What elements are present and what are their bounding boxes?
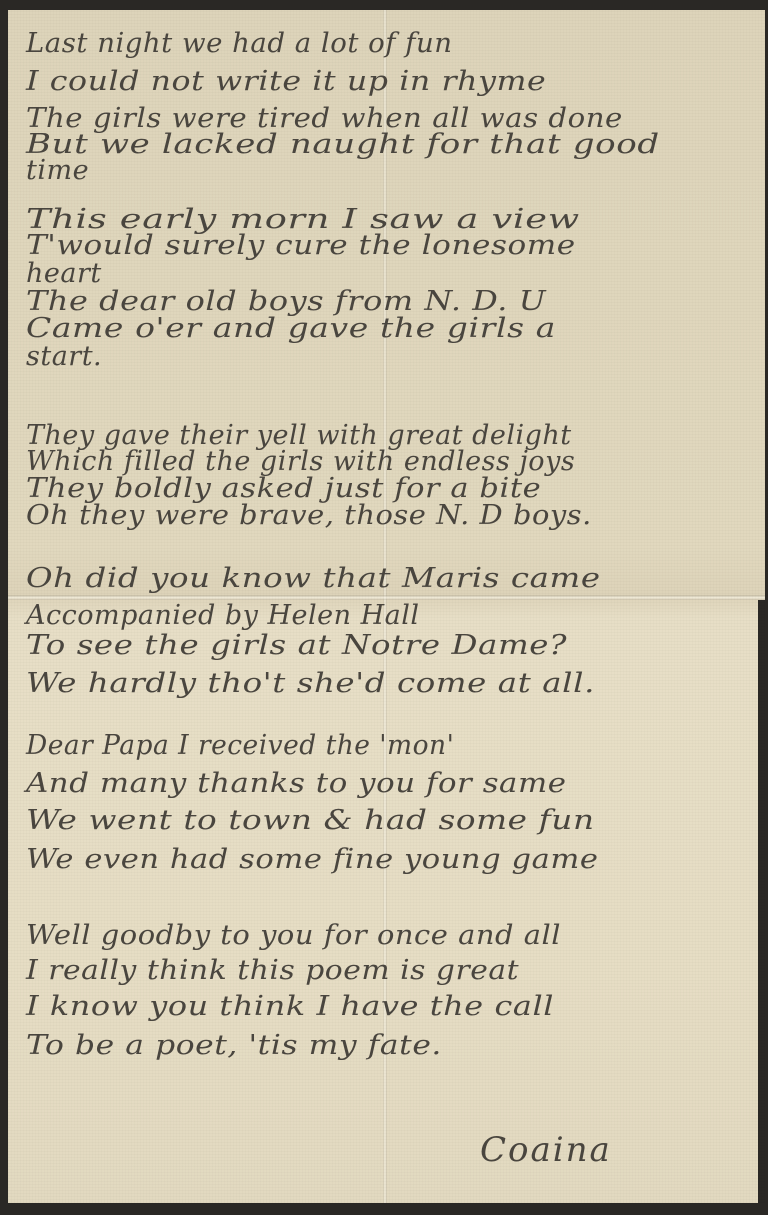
poem-line: They gave their yell with great delight: [26, 422, 572, 449]
poem-line: But we lacked naught for that good: [26, 131, 660, 158]
poem-line: I could not write it up in rhyme: [26, 68, 546, 95]
poem-line: They boldly asked just for a bite: [26, 475, 541, 502]
poem-line: Oh they were brave, those N. D boys.: [26, 502, 592, 529]
poem-line: To be a poet, 'tis my fate.: [26, 1032, 442, 1059]
page-edge-shadow: [758, 600, 765, 1203]
poem-line: Well goodby to you for once and all: [26, 922, 561, 949]
poem-line: Accompanied by Helen Hall: [26, 602, 420, 629]
poem-line: We hardly tho't she'd come at all.: [26, 670, 595, 697]
poem-line: I really think this poem is great: [26, 957, 519, 984]
poem-line: Oh did you know that Maris came: [26, 565, 601, 592]
poem-line: Dear Papa I received the 'mon': [26, 732, 454, 759]
poem-line: Came o'er and gave the girls a: [26, 315, 556, 342]
poem-line: This early morn I saw a view: [26, 206, 580, 233]
letter-page: Last night we had a lot of fun I could n…: [8, 10, 765, 1203]
poem-line: And many thanks to you for same: [26, 770, 567, 797]
poem-line: T'would surely cure the lonesome: [26, 232, 576, 259]
poem-line: I know you think I have the call: [26, 993, 554, 1020]
poem-line: The dear old boys from N. D. U: [26, 288, 546, 315]
poem-line: start.: [26, 343, 102, 370]
poem-line: The girls were tired when all was done: [26, 105, 623, 132]
poem-line: We even had some fine young game: [26, 846, 598, 873]
poem-line: Last night we had a lot of fun: [26, 30, 452, 57]
poem-line: Which filled the girls with endless joys: [26, 448, 575, 475]
poem-line: We went to town & had some fun: [26, 807, 595, 834]
signature: Coaina: [480, 1130, 612, 1170]
poem-line: time: [26, 157, 89, 184]
poem-line: heart: [26, 260, 102, 287]
poem-line: To see the girls at Notre Dame?: [26, 632, 567, 659]
